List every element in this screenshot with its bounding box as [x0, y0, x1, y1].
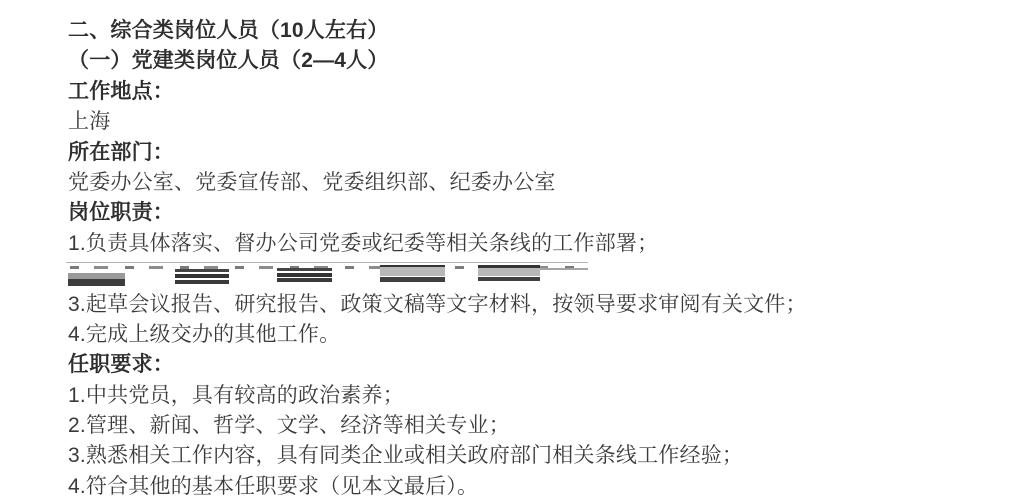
- responsibility-item-3: 3.起草会议报告、研究报告、政策文稿等文字材料，按领导要求审阅有关文件；: [68, 290, 977, 320]
- department-label: 所在部门：: [68, 138, 977, 168]
- requirement-item-4: 4.符合其他的基本任职要求（见本文最后）。: [68, 472, 977, 500]
- subsection-heading: （一）党建类岗位人员（2—4人）: [68, 46, 977, 76]
- redaction-bar-4b: [380, 267, 445, 276]
- work-location-value: 上海: [68, 107, 977, 137]
- requirement-item-3: 3.熟悉相关工作内容，具有同类企业或相关政府部门相关条线工作经验；: [68, 441, 977, 471]
- responsibility-item-2-redacted: [68, 259, 628, 289]
- redaction-bar-5c: [478, 277, 540, 281]
- redaction-top-line: [66, 262, 588, 263]
- redaction-bar-2b: [175, 274, 229, 278]
- requirements-label: 任职要求：: [68, 350, 977, 380]
- department-value: 党委办公室、党委宣传部、党委组织部、纪委办公室: [68, 168, 977, 198]
- redaction-bar-4c: [380, 277, 445, 282]
- redaction-bar-2a: [175, 269, 229, 272]
- redaction-bar-2c: [175, 280, 229, 284]
- work-location-label: 工作地点：: [68, 77, 977, 107]
- job-posting-document: 二、综合类岗位人员（10人左右） （一）党建类岗位人员（2—4人） 工作地点： …: [0, 0, 1017, 500]
- requirement-item-2: 2.管理、新闻、哲学、文学、经济等相关专业；: [68, 411, 977, 441]
- redaction-bar-3b: [277, 273, 332, 277]
- redaction-bar-3c: [277, 278, 332, 282]
- responsibility-item-4: 4.完成上级交办的其他工作。: [68, 320, 977, 350]
- redaction-bar-5b: [478, 268, 540, 276]
- redaction-bar-3a: [277, 268, 332, 271]
- requirement-item-1: 1.中共党员，具有较高的政治素养；: [68, 381, 977, 411]
- responsibilities-label: 岗位职责：: [68, 198, 977, 228]
- redaction-bar-1b: [68, 279, 125, 286]
- section-heading: 二、综合类岗位人员（10人左右）: [68, 16, 977, 46]
- responsibility-item-1: 1.负责具体落实、督办公司党委或纪委等相关条线的工作部署；: [68, 229, 977, 259]
- redaction-right-line: [540, 268, 588, 270]
